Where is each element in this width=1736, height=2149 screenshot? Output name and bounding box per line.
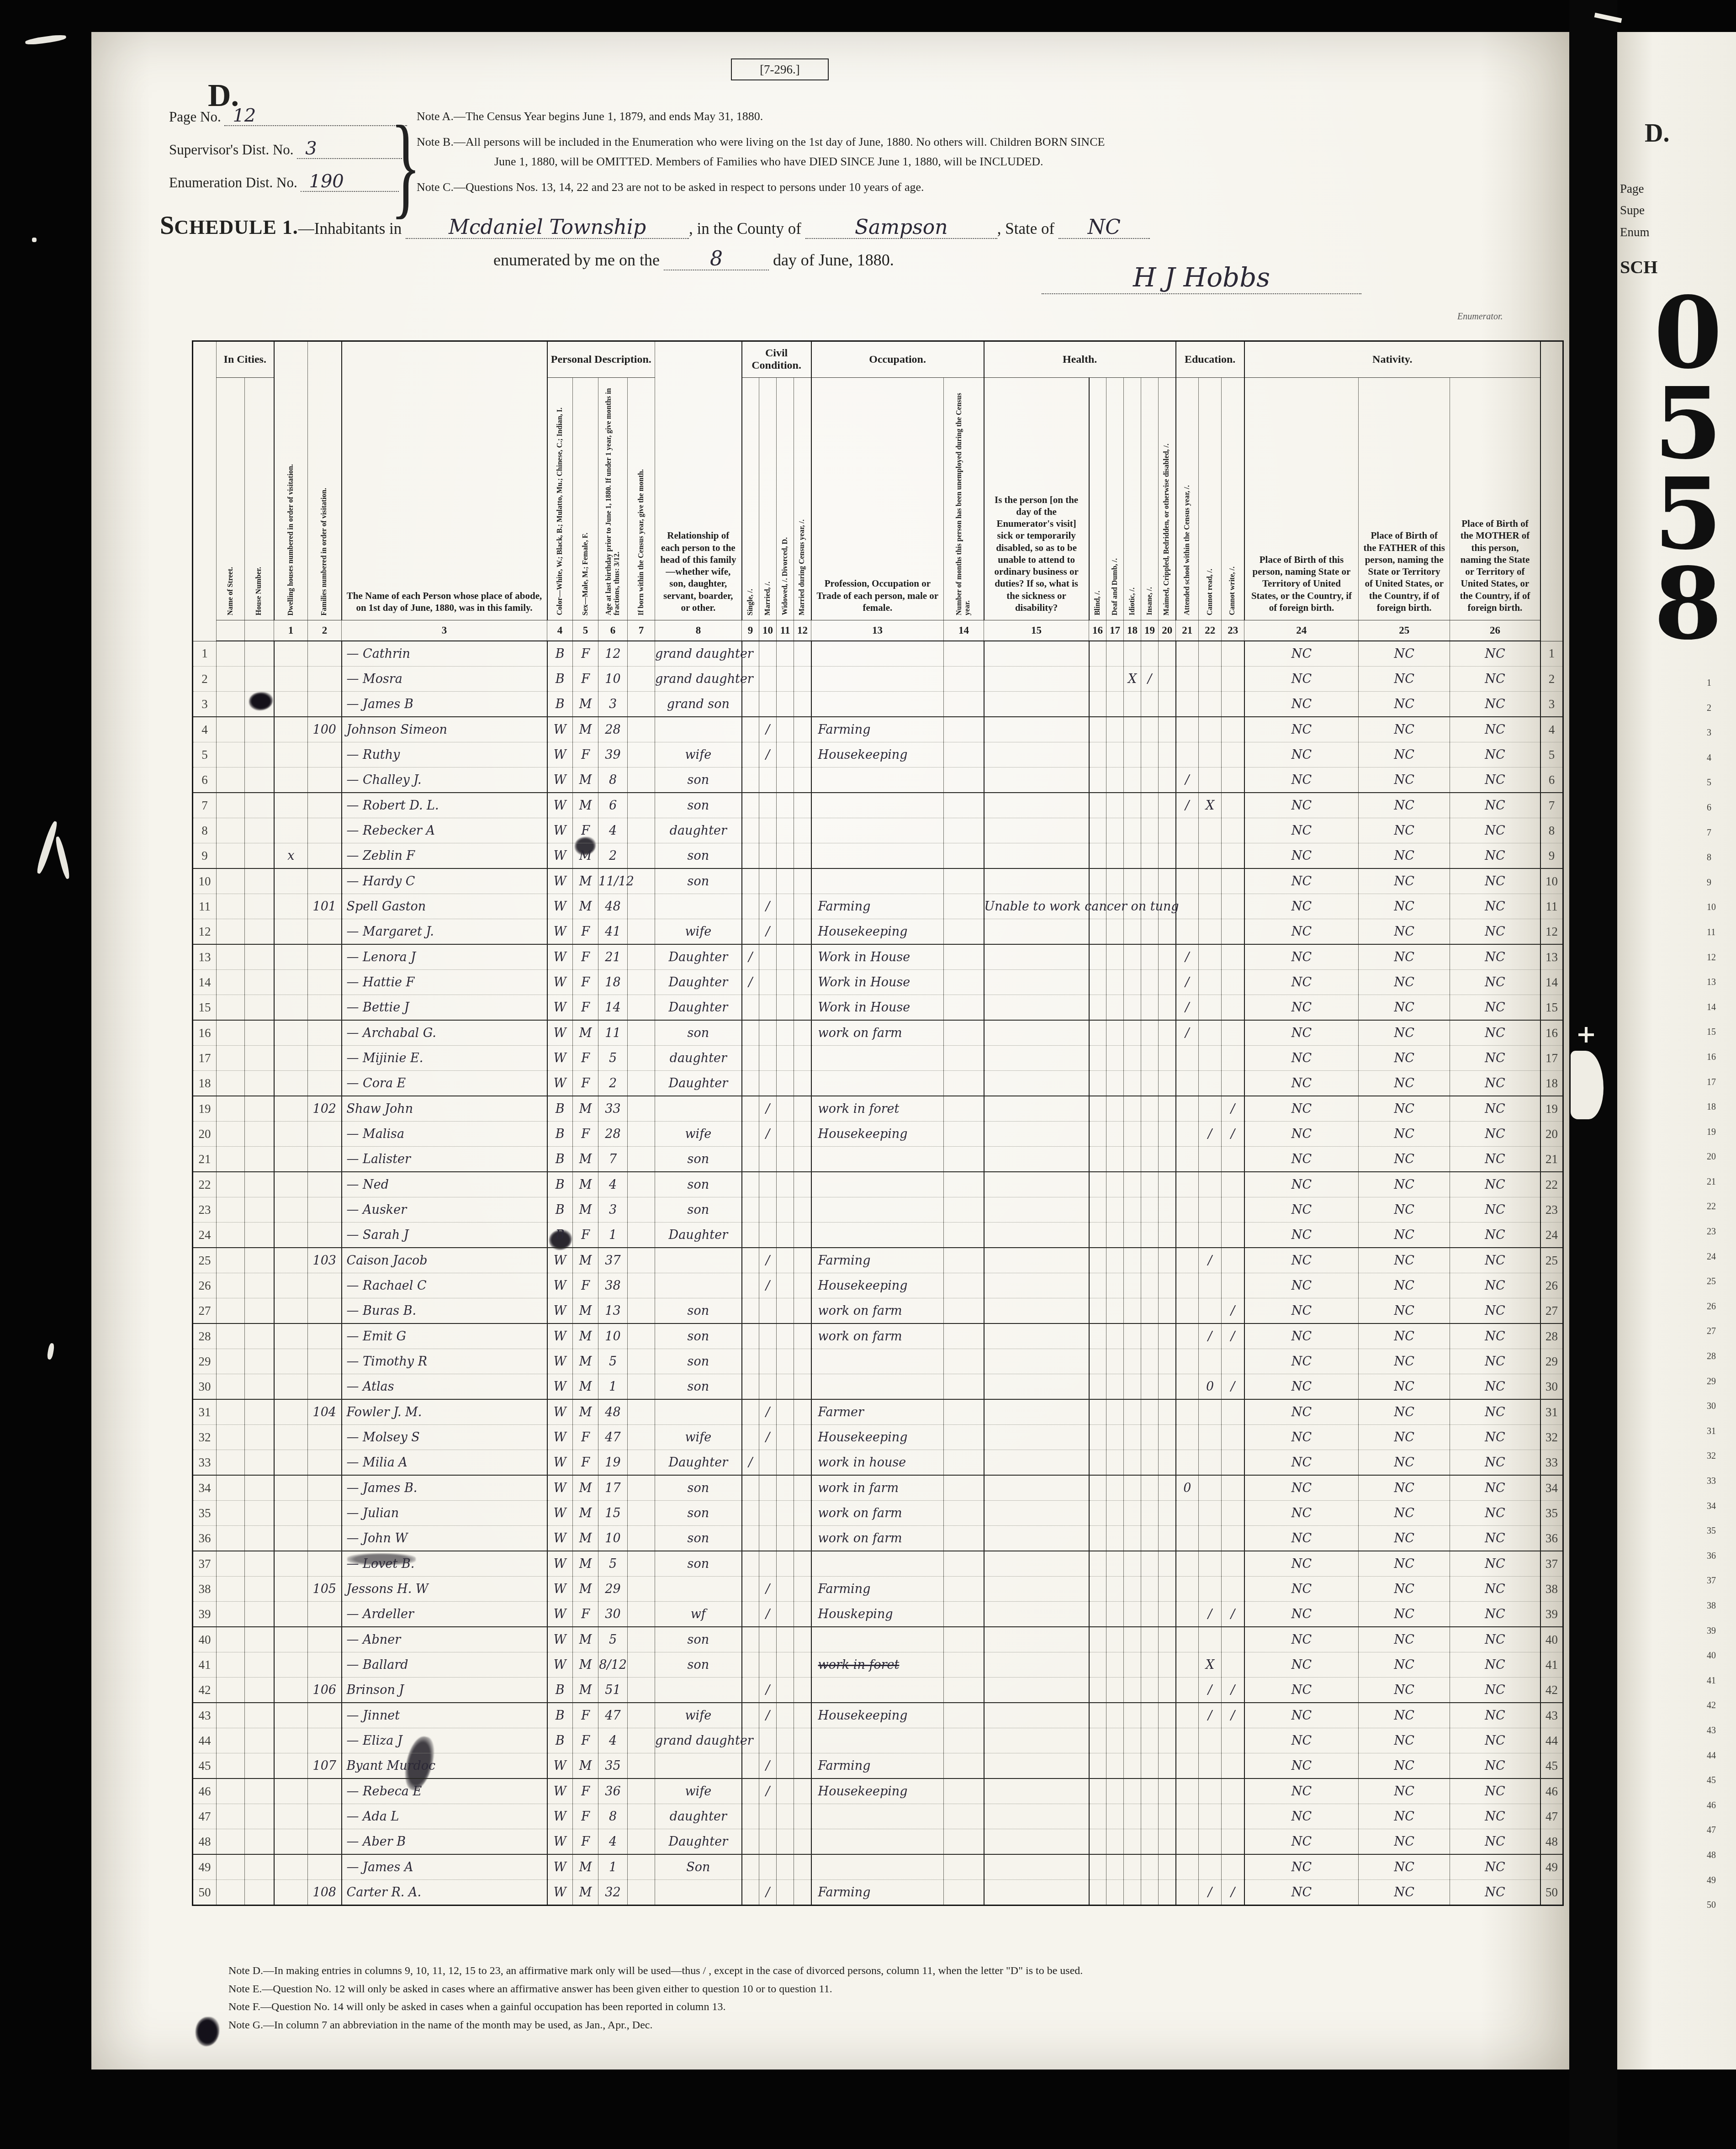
color-cell: W [547, 1425, 573, 1450]
insane-mark-cell [1141, 717, 1159, 742]
maimed-mark-cell [1159, 1577, 1176, 1602]
idiotic-mark-cell [1124, 767, 1141, 793]
adjacent-row-number: 25 [1707, 1269, 1716, 1294]
cannot-read-mark-cell [1199, 742, 1222, 767]
dwelling-number-cell [274, 1298, 308, 1324]
age-cell: 29 [598, 1577, 628, 1602]
birth-month-cell [628, 667, 655, 692]
row-number: 35 [193, 1501, 217, 1526]
married-mark-cell [759, 1223, 777, 1248]
cannot-write-mark-cell: / [1222, 1602, 1244, 1627]
deaf-dumb-mark-cell [1106, 717, 1124, 742]
street-cell [217, 970, 245, 995]
adjacent-row-number: 4 [1707, 746, 1716, 771]
married-census-year-cell [794, 868, 811, 894]
widowed-mark-cell [777, 1122, 794, 1147]
insane-mark-cell [1141, 1172, 1159, 1197]
maimed-mark-cell [1159, 1349, 1176, 1374]
father-birthplace-cell: NC [1359, 667, 1450, 692]
birthplace-cell: NC [1244, 944, 1359, 970]
mother-birthplace-cell: NC [1450, 1450, 1540, 1476]
married-mark-cell [759, 1172, 777, 1197]
note-d: Note D.—In making entries in columns 9, … [228, 1962, 1553, 1980]
house-number-cell [245, 1349, 274, 1374]
enumerated-pre: enumerated by me on the [493, 251, 660, 269]
sex-cell: F [573, 818, 598, 843]
deaf-dumb-mark-cell [1106, 1223, 1124, 1248]
cannot-read-mark-cell [1199, 1450, 1222, 1476]
age-cell: 33 [598, 1096, 628, 1122]
column-header-street: Name of Street. [217, 378, 245, 620]
sex-cell: M [573, 1880, 598, 1906]
occupation-cell: Work in House [811, 944, 944, 970]
insane-mark-cell [1141, 868, 1159, 894]
mother-birthplace-cell: NC [1450, 1172, 1540, 1197]
single-mark-cell [742, 1501, 759, 1526]
attended-school-mark-cell [1176, 868, 1199, 894]
married-census-year-cell [794, 995, 811, 1021]
maimed-mark-cell [1159, 970, 1176, 995]
color-cell: B [547, 1172, 573, 1197]
maimed-mark-cell [1159, 1778, 1176, 1804]
partial-line: Enum [1620, 222, 1657, 243]
blind-mark-cell [1089, 1374, 1106, 1400]
family-number-cell [308, 1071, 342, 1096]
occupation-cell: work on farm [811, 1020, 944, 1046]
cannot-read-mark-cell [1199, 894, 1222, 919]
cannot-read-mark-cell [1199, 1223, 1222, 1248]
enumerated-post: day of June, 1880. [773, 251, 894, 269]
street-cell [217, 1096, 245, 1122]
maimed-mark-cell [1159, 995, 1176, 1021]
months-unemployed-cell [944, 1096, 984, 1122]
widowed-mark-cell [777, 1829, 794, 1855]
adjacent-page-letter: D. [1645, 119, 1669, 148]
street-cell [217, 742, 245, 767]
person-row: 3 — James B B M 3 grand son NC NC NC 3 [193, 692, 1563, 717]
row-number-right: 28 [1540, 1323, 1563, 1349]
sickness-cell [984, 1678, 1089, 1703]
cannot-write-mark-cell [1222, 919, 1244, 945]
married-census-year-cell [794, 1147, 811, 1172]
months-unemployed-cell [944, 1172, 984, 1197]
cannot-write-mark-cell [1222, 1627, 1244, 1652]
sex-cell: F [573, 1703, 598, 1728]
father-birthplace-cell: NC [1359, 692, 1450, 717]
married-census-year-cell [794, 1526, 811, 1551]
house-number-cell [245, 1122, 274, 1147]
widowed-mark-cell [777, 717, 794, 742]
family-number-cell [308, 1197, 342, 1223]
group-education: Education. [1176, 341, 1244, 378]
mother-birthplace-cell: NC [1450, 1577, 1540, 1602]
insane-mark-cell [1141, 843, 1159, 869]
dwelling-number-cell [274, 1753, 308, 1779]
insane-mark-cell [1141, 944, 1159, 970]
cannot-read-mark-cell [1199, 1147, 1222, 1172]
single-mark-cell [742, 1551, 759, 1577]
color-cell: B [547, 1728, 573, 1753]
person-name-cell: — Ausker [342, 1197, 547, 1223]
row-number-right: 38 [1540, 1577, 1563, 1602]
house-number-cell [245, 1450, 274, 1476]
color-cell: W [547, 1829, 573, 1855]
relationship-cell: daughter [655, 1804, 742, 1829]
scanned-census-page: { "header": { "page_letter": "D.", "form… [0, 0, 1736, 2149]
column-header-maimed: Maimed, Crippled, Bedridden, or otherwis… [1159, 378, 1176, 620]
married-census-year-cell [794, 1829, 811, 1855]
birthplace-cell: NC [1244, 1071, 1359, 1096]
relationship-cell: son [655, 1652, 742, 1678]
idiotic-mark-cell [1124, 793, 1141, 818]
mother-birthplace-cell: NC [1450, 1526, 1540, 1551]
sickness-cell [984, 667, 1089, 692]
row-number: 14 [193, 970, 217, 995]
months-unemployed-cell [944, 1778, 984, 1804]
adjacent-row-number: 24 [1707, 1244, 1716, 1270]
family-number-cell [308, 1349, 342, 1374]
relationship-cell: son [655, 868, 742, 894]
married-mark-cell: / [759, 717, 777, 742]
row-number-right: 47 [1540, 1804, 1563, 1829]
relationship-cell: son [655, 1551, 742, 1577]
married-census-year-cell [794, 1273, 811, 1298]
mother-birthplace-cell: NC [1450, 995, 1540, 1021]
person-name-cell: — Mosra [342, 667, 547, 692]
street-cell [217, 843, 245, 869]
relationship-cell: son [655, 1197, 742, 1223]
blind-mark-cell [1089, 1804, 1106, 1829]
married-census-year-cell [794, 717, 811, 742]
idiotic-mark-cell [1124, 1678, 1141, 1703]
person-row: 19 102 Shaw John B M 33 / work in foret … [193, 1096, 1563, 1122]
father-birthplace-cell: NC [1359, 1526, 1450, 1551]
partial-schedule-word: SCH [1620, 251, 1657, 283]
dwelling-number-cell [274, 944, 308, 970]
adjacent-row-number: 10 [1707, 895, 1716, 920]
attended-school-mark-cell [1176, 1880, 1199, 1906]
person-name-cell: — Challey J. [342, 767, 547, 793]
column-header-insane: Insane, /. [1141, 378, 1159, 620]
mother-birthplace-cell: NC [1450, 1323, 1540, 1349]
sickness-cell [984, 1046, 1089, 1071]
adjacent-row-number: 12 [1707, 945, 1716, 970]
married-mark-cell: / [759, 1678, 777, 1703]
street-cell [217, 1627, 245, 1652]
idiotic-mark-cell [1124, 1627, 1141, 1652]
widowed-mark-cell [777, 1602, 794, 1627]
cannot-read-mark-cell [1199, 1804, 1222, 1829]
idiotic-mark-cell: X [1124, 667, 1141, 692]
color-cell: W [547, 970, 573, 995]
family-number-cell [308, 1122, 342, 1147]
person-name-cell: — Lalister [342, 1147, 547, 1172]
married-census-year-cell [794, 1122, 811, 1147]
mother-birthplace-cell: NC [1450, 1298, 1540, 1324]
deaf-dumb-mark-cell [1106, 1020, 1124, 1046]
blind-mark-cell [1089, 1501, 1106, 1526]
dwelling-number-cell [274, 894, 308, 919]
married-census-year-cell [794, 1046, 811, 1071]
attended-school-mark-cell [1176, 1829, 1199, 1855]
cannot-read-mark-cell [1199, 1551, 1222, 1577]
deaf-dumb-mark-cell [1106, 1577, 1124, 1602]
married-census-year-cell [794, 1501, 811, 1526]
single-mark-cell [742, 1703, 759, 1728]
row-number: 9 [193, 843, 217, 869]
color-cell: B [547, 1223, 573, 1248]
months-unemployed-cell [944, 1197, 984, 1223]
row-number-right: 10 [1540, 868, 1563, 894]
birth-month-cell [628, 1425, 655, 1450]
dwelling-number-cell [274, 1829, 308, 1855]
person-row: 16 — Archabal G. W M 11 son work on farm… [193, 1020, 1563, 1046]
birthplace-cell: NC [1244, 793, 1359, 818]
column-number [245, 620, 274, 641]
person-row: 37 — Lovet B. W M 5 son NC NC NC 37 [193, 1551, 1563, 1577]
sex-cell: M [573, 793, 598, 818]
widowed-mark-cell [777, 1475, 794, 1501]
widowed-mark-cell [777, 970, 794, 995]
person-name-cell: — Ruthy [342, 742, 547, 767]
deaf-dumb-mark-cell [1106, 868, 1124, 894]
occupation-cell: Farming [811, 1880, 944, 1906]
house-number-cell [245, 1374, 274, 1400]
adjacent-row-number: 36 [1707, 1544, 1716, 1569]
row-number-right: 8 [1540, 818, 1563, 843]
street-cell [217, 1071, 245, 1096]
dwelling-number-cell [274, 1627, 308, 1652]
family-number-cell [308, 793, 342, 818]
adjacent-row-number: 49 [1707, 1868, 1716, 1893]
months-unemployed-cell [944, 1551, 984, 1577]
age-cell: 5 [598, 1551, 628, 1577]
relationship-cell [655, 1880, 742, 1906]
adjacent-row-number: 9 [1707, 870, 1716, 895]
person-name-cell: — Rebecker A [342, 818, 547, 843]
person-name-cell: — Atlas [342, 1374, 547, 1400]
census-sheet: D. [7-296.] Page No. 12 Supervisor's Dis… [91, 32, 1569, 2070]
birthplace-cell: NC [1244, 742, 1359, 767]
color-cell: W [547, 944, 573, 970]
family-number-cell [308, 1273, 342, 1298]
age-cell: 8 [598, 767, 628, 793]
birthplace-cell: NC [1244, 1778, 1359, 1804]
occupation-cell [811, 641, 944, 667]
idiotic-mark-cell [1124, 970, 1141, 995]
married-census-year-cell [794, 1678, 811, 1703]
father-birthplace-cell: NC [1359, 1652, 1450, 1678]
single-mark-cell [742, 1577, 759, 1602]
house-number-cell [245, 1703, 274, 1728]
sickness-cell [984, 1577, 1089, 1602]
idiotic-mark-cell [1124, 1778, 1141, 1804]
attended-school-mark-cell [1176, 1526, 1199, 1551]
row-number-right: 44 [1540, 1728, 1563, 1753]
cannot-read-mark-cell: / [1199, 1880, 1222, 1906]
attended-school-mark-cell [1176, 742, 1199, 767]
age-cell: 11 [598, 1020, 628, 1046]
cannot-read-mark-cell [1199, 1197, 1222, 1223]
person-name-cell: — Ned [342, 1172, 547, 1197]
column-header-house-number: House Number. [245, 378, 274, 620]
widowed-mark-cell [777, 692, 794, 717]
person-name-cell: — Cora E [342, 1071, 547, 1096]
birthplace-cell: NC [1244, 1248, 1359, 1273]
age-cell: 10 [598, 667, 628, 692]
father-birthplace-cell: NC [1359, 1880, 1450, 1906]
house-number-cell [245, 1728, 274, 1753]
street-cell [217, 1577, 245, 1602]
family-number-cell [308, 1147, 342, 1172]
relationship-cell: wife [655, 1122, 742, 1147]
person-name-cell: — Margaret J. [342, 919, 547, 945]
person-row: 18 — Cora E W F 2 Daughter NC NC NC 18 [193, 1071, 1563, 1096]
street-cell [217, 1450, 245, 1476]
adjacent-row-number: 8 [1707, 845, 1716, 870]
cannot-write-mark-cell [1222, 1804, 1244, 1829]
blind-mark-cell [1089, 1349, 1106, 1374]
sex-cell: F [573, 919, 598, 945]
mother-birthplace-cell: NC [1450, 1147, 1540, 1172]
married-mark-cell [759, 767, 777, 793]
relationship-cell: Daughter [655, 1450, 742, 1476]
single-mark-cell [742, 1223, 759, 1248]
row-number: 18 [193, 1071, 217, 1096]
relationship-cell: son [655, 1627, 742, 1652]
color-cell: B [547, 1678, 573, 1703]
occupation-cell [811, 793, 944, 818]
person-name-cell: — Cathrin [342, 641, 547, 667]
person-row: 23 — Ausker B M 3 son NC NC NC 23 [193, 1197, 1563, 1223]
deaf-dumb-mark-cell [1106, 1450, 1124, 1476]
married-census-year-cell [794, 767, 811, 793]
sickness-cell [984, 1753, 1089, 1779]
color-cell: W [547, 919, 573, 945]
sex-cell: F [573, 1223, 598, 1248]
cannot-write-mark-cell [1222, 1854, 1244, 1880]
family-number-cell: 105 [308, 1577, 342, 1602]
blind-mark-cell [1089, 1475, 1106, 1501]
deaf-dumb-mark-cell [1106, 1248, 1124, 1273]
attended-school-mark-cell [1176, 692, 1199, 717]
widowed-mark-cell [777, 1399, 794, 1425]
attended-school-mark-cell: / [1176, 1020, 1199, 1046]
family-number-cell [308, 1501, 342, 1526]
cannot-read-mark-cell [1199, 1829, 1222, 1855]
color-cell: W [547, 1551, 573, 1577]
birth-month-cell [628, 1273, 655, 1298]
cannot-write-mark-cell [1222, 1728, 1244, 1753]
dwelling-number-cell [274, 667, 308, 692]
relationship-cell [655, 1096, 742, 1122]
row-number: 33 [193, 1450, 217, 1476]
sex-cell: F [573, 995, 598, 1021]
deaf-dumb-mark-cell [1106, 1728, 1124, 1753]
maimed-mark-cell [1159, 1020, 1176, 1046]
age-cell: 28 [598, 717, 628, 742]
cannot-read-mark-cell [1199, 1526, 1222, 1551]
deaf-dumb-mark-cell [1106, 1323, 1124, 1349]
column-number: 12 [794, 620, 811, 641]
maimed-mark-cell [1159, 692, 1176, 717]
sickness-cell [984, 767, 1089, 793]
married-mark-cell [759, 1804, 777, 1829]
idiotic-mark-cell [1124, 1323, 1141, 1349]
house-number-cell [245, 1501, 274, 1526]
relationship-cell: son [655, 1475, 742, 1501]
deaf-dumb-mark-cell [1106, 667, 1124, 692]
age-cell: 47 [598, 1703, 628, 1728]
idiotic-mark-cell [1124, 717, 1141, 742]
house-number-cell [245, 767, 274, 793]
birthplace-cell: NC [1244, 843, 1359, 869]
adjacent-page-sliver: D. Page Supe Enum SCH 0 5 5 8 1234567891… [1617, 32, 1736, 2070]
father-birthplace-cell: NC [1359, 1475, 1450, 1501]
occupation-cell [811, 1551, 944, 1577]
married-mark-cell [759, 1526, 777, 1551]
sex-cell: M [573, 1678, 598, 1703]
birth-month-cell [628, 742, 655, 767]
street-cell [217, 1475, 245, 1501]
deaf-dumb-mark-cell [1106, 1602, 1124, 1627]
occupation-cell: Housekeeping [811, 1273, 944, 1298]
person-name-cell: Jessons H. W [342, 1577, 547, 1602]
family-number-cell [308, 1374, 342, 1400]
dwelling-number-cell [274, 1248, 308, 1273]
married-mark-cell [759, 1197, 777, 1223]
dwelling-number-cell [274, 1071, 308, 1096]
street-cell [217, 1147, 245, 1172]
relationship-cell: daughter [655, 1046, 742, 1071]
occupation-cell: Houskeping [811, 1602, 944, 1627]
maimed-mark-cell [1159, 1323, 1176, 1349]
street-cell [217, 1223, 245, 1248]
column-number: 20 [1159, 620, 1176, 641]
deaf-dumb-mark-cell [1106, 1122, 1124, 1147]
street-cell [217, 919, 245, 945]
cannot-write-mark-cell [1222, 1248, 1244, 1273]
family-number-cell [308, 868, 342, 894]
mother-birthplace-cell: NC [1450, 1223, 1540, 1248]
blind-mark-cell [1089, 1880, 1106, 1906]
sickness-cell [984, 1627, 1089, 1652]
attended-school-mark-cell [1176, 1425, 1199, 1450]
birthplace-cell: NC [1244, 1804, 1359, 1829]
row-number-right: 25 [1540, 1248, 1563, 1273]
page-no-value: 12 [224, 105, 264, 126]
idiotic-mark-cell [1124, 1652, 1141, 1678]
deaf-dumb-mark-cell [1106, 1551, 1124, 1577]
blind-mark-cell [1089, 692, 1106, 717]
maimed-mark-cell [1159, 1880, 1176, 1906]
occupation-cell: Housekeeping [811, 1703, 944, 1728]
row-number: 45 [193, 1753, 217, 1779]
color-cell: W [547, 1501, 573, 1526]
row-number-right: 27 [1540, 1298, 1563, 1324]
sex-cell: M [573, 767, 598, 793]
cannot-write-mark-cell [1222, 944, 1244, 970]
street-cell [217, 1703, 245, 1728]
dwelling-number-cell [274, 641, 308, 667]
occupation-cell: Farming [811, 717, 944, 742]
married-census-year-cell [794, 1577, 811, 1602]
dwelling-number-cell [274, 818, 308, 843]
dwelling-number-cell [274, 1197, 308, 1223]
blind-mark-cell [1089, 944, 1106, 970]
sex-cell: M [573, 1349, 598, 1374]
months-unemployed-cell [944, 919, 984, 945]
